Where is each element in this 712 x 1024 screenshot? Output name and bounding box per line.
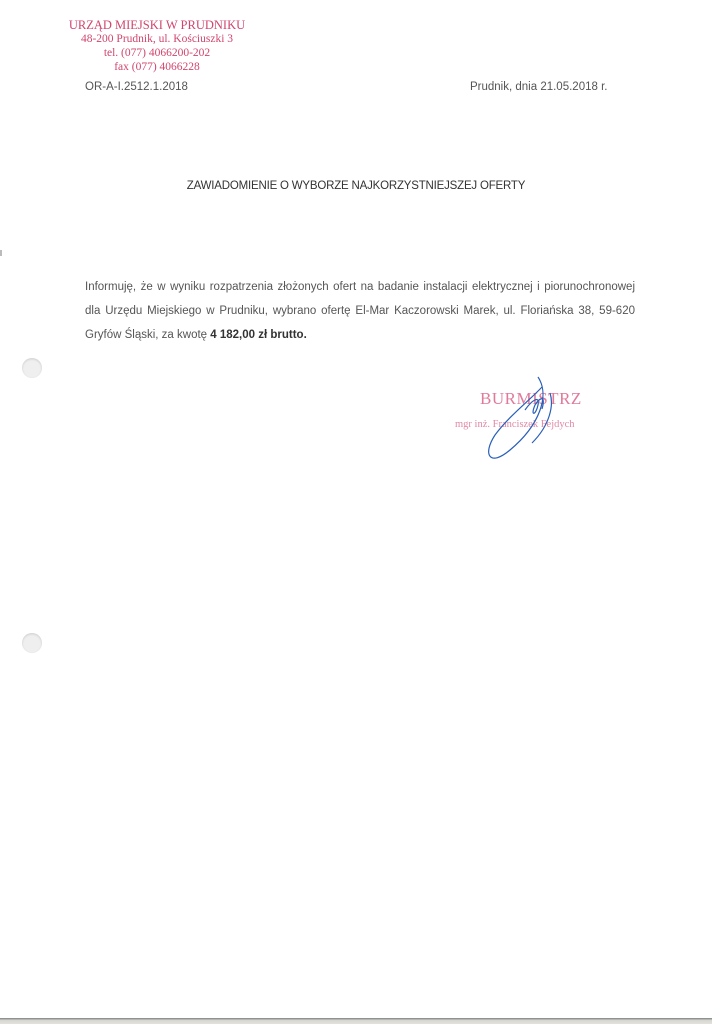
reference-number: OR-A-I.2512.1.2018: [85, 81, 188, 93]
signature-block: BURMISTRZ mgr inż. Franciszek Fejdych: [455, 385, 615, 465]
office-stamp: URZĄD MIEJSKI W PRUDNIKU 48-200 Prudnik,…: [52, 18, 262, 74]
stamp-office-name: URZĄD MIEJSKI W PRUDNIKU: [52, 18, 262, 32]
document-title: ZAWIADOMIENIE O WYBORZE NAJKORZYSTNIEJSZ…: [0, 180, 712, 192]
offer-amount: 4 182,00 zł brutto.: [210, 329, 307, 341]
punch-hole: [22, 358, 42, 378]
scan-mark: [0, 250, 2, 256]
stamp-fax: fax (077) 4066228: [52, 60, 262, 74]
punch-hole: [22, 633, 42, 653]
body-text: Informuję, że w wyniku rozpatrzenia złoż…: [85, 281, 635, 341]
document-date: Prudnik, dnia 21.05.2018 r.: [470, 81, 607, 93]
body-paragraph: Informuję, że w wyniku rozpatrzenia złoż…: [85, 275, 635, 347]
stamp-phone: tel. (077) 4066200-202: [52, 46, 262, 60]
scan-bottom-edge: [0, 1018, 712, 1024]
stamp-address: 48-200 Prudnik, ul. Kościuszki 3: [52, 32, 262, 46]
handwritten-signature-icon: [480, 375, 580, 470]
